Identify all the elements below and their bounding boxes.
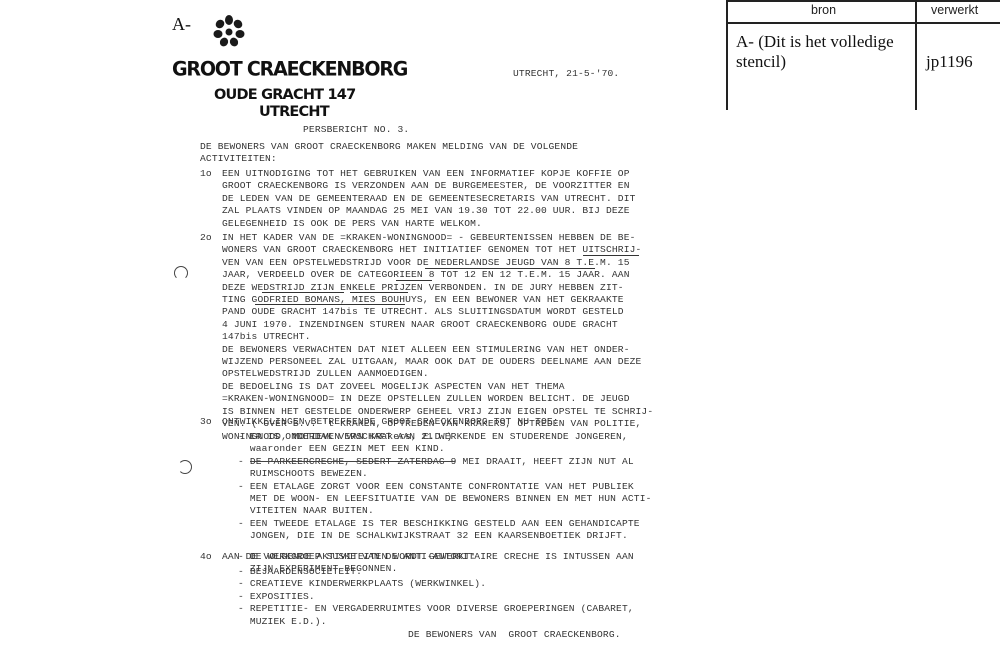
strikethrough-mark — [250, 461, 455, 462]
text-line: - REPETITIE- EN VERGADERRUIMTES VOOR DIV… — [238, 603, 634, 615]
text-line: EEN UITNODIGING TOT HET GEBRUIKEN VAN EE… — [222, 168, 636, 180]
text-line: - ER IS ONDERDAK VERSCHAFT AAN 21 WERKEN… — [238, 431, 652, 443]
punch-hole-mark — [178, 460, 192, 474]
text-line: MUZIEK E.D.). — [238, 616, 634, 628]
text-line: DE BEDOELING IS DAT ZOVEEL MOGELIJK ASPE… — [222, 381, 653, 393]
text-line: VITEITEN NAAR BUITEN. — [238, 505, 652, 517]
list-item: - DE PARKEERCRECHE, SEDERT ZATERDAG 9 ME… — [238, 456, 652, 481]
signature: DE BEWONERS VAN GROOT CRAECKENBORG. — [408, 629, 621, 641]
text-line: - EEN TWEEDE ETALAGE IS TER BESCHIKKING … — [238, 518, 652, 530]
text-line: waaronder EEN GEZIN MET EEN KIND. — [238, 443, 652, 455]
section-number: 3o — [200, 416, 212, 428]
archive-meta-table: bron verwerkt A- (Dit is het volledige s… — [726, 0, 1000, 110]
text-line: IN HET KADER VAN DE =KRAKEN-WONINGNOOD= … — [222, 232, 653, 244]
list-item: - BEJAARDENSOCIETEIT. — [238, 566, 634, 578]
intro-line: DE BEWONERS VAN GROOT CRAECKENBORG MAKEN… — [200, 141, 578, 153]
list-item: - EXPOSITIES. — [238, 591, 634, 603]
text-line: OPSTELWEDSTRIJD ZULLEN AANMOEDIGEN. — [222, 368, 653, 380]
bron-line: A- (Dit is het volledige — [736, 32, 894, 52]
press-release-heading: PERSBERICHT NO. 3. — [303, 124, 409, 136]
text-line: 4 JUNI 1970. INZENDINGEN STUREN NAAR GRO… — [222, 319, 653, 331]
intro-paragraph: DE BEWONERS VAN GROOT CRAECKENBORG MAKEN… — [200, 141, 578, 166]
text-line: RUIMSCHOOTS BEWEZEN. — [238, 468, 652, 480]
column-header-bron: bron — [811, 3, 836, 17]
section-title: ONTWIKKELINGEN BETREFFENDE GROOT CRAECKE… — [222, 416, 559, 428]
text-line: WIJZEND PERSONEEL ZAL UITGAAN, MAAR OOK … — [222, 356, 653, 368]
underline-mark — [350, 292, 408, 293]
page-label: A- — [172, 14, 191, 35]
list-item: - CREATIEVE KINDERWERKPLAATS (WERKWINKEL… — [238, 578, 634, 590]
text-line: JONGEN, DIE IN DE SCHALKWIJKSTRAAT 32 EE… — [238, 530, 652, 542]
text-line: GELEGENHEID IS OOK DE PERS VAN HARTE WEL… — [222, 218, 636, 230]
text-line: DE BEWONERS VERWACHTEN DAT NIET ALLEEN E… — [222, 344, 653, 356]
text-line: ZAL PLAATS VINDEN OP MAANDAG 25 MEI VAN … — [222, 205, 636, 217]
underline-mark — [255, 304, 405, 305]
bron-line: stencil) — [736, 52, 894, 72]
verwerkt-cell: jp1196 — [926, 52, 973, 72]
text-line: GROOT CRAECKENBORG IS VERZONDEN AAN DE B… — [222, 180, 636, 192]
column-header-verwerkt: verwerkt — [931, 3, 978, 17]
punch-hole-mark — [174, 266, 188, 280]
section-number: 1o — [200, 168, 212, 180]
text-line: =KRAKEN-WONINGNOOD= IN DEZE OPSTELLEN ZU… — [222, 393, 653, 405]
dateline: UTRECHT, 21-5-'70. — [513, 68, 619, 80]
list-item: - EEN ETALAGE ZORGT VOOR EEN CONSTANTE C… — [238, 481, 652, 518]
list-item: - EEN TWEEDE ETALAGE IS TER BESCHIKKING … — [238, 518, 652, 543]
section-4-list: - BEJAARDENSOCIETEIT. - CREATIEVE KINDER… — [238, 566, 634, 628]
list-item: - ER IS ONDERDAK VERSCHAFT AAN 21 WERKEN… — [238, 431, 652, 456]
letterhead-city: UTRECHT — [259, 104, 329, 120]
section-number: 4o — [200, 551, 212, 563]
underline-mark — [583, 255, 639, 256]
list-item: - REPETITIE- EN VERGADERRUIMTES VOOR DIV… — [238, 603, 634, 628]
text-line: 147bis UTRECHT. — [222, 331, 653, 343]
letterhead-address: OUDE GRACHT 147 — [214, 87, 355, 103]
text-line: - DE PARKEERCRECHE, SEDERT ZATERDAG 9 ME… — [238, 456, 652, 468]
section-number: 2o — [200, 232, 212, 244]
letterhead-title: GROOT CRAECKENBORG — [172, 57, 407, 80]
text-line: MET DE WOON- EN LEEFSITUATIE VAN DE BEWO… — [238, 493, 652, 505]
underline-mark — [262, 292, 344, 293]
section-2-body: IN HET KADER VAN DE =KRAKEN-WONINGNOOD= … — [222, 232, 653, 443]
underline-mark — [396, 280, 432, 281]
text-line: DE LEDEN VAN DE GEMEENTERAAD EN DE GEMEE… — [222, 193, 636, 205]
text-line: PAND OUDE GRACHT 147bis TE UTRECHT. ALS … — [222, 306, 653, 318]
section-1-body: EEN UITNODIGING TOT HET GEBRUIKEN VAN EE… — [222, 168, 636, 230]
flower-icon — [212, 14, 246, 48]
text-line: - EEN ETALAGE ZORGT VOOR EEN CONSTANTE C… — [238, 481, 652, 493]
text-line: JAAR, VERDEELD OVER DE CATEGORIEEN 8 TOT… — [222, 269, 653, 281]
bron-cell: A- (Dit is het volledige stencil) — [736, 32, 894, 72]
underline-mark — [425, 268, 595, 269]
intro-line: ACTIVITEITEN: — [200, 153, 578, 165]
section-title: AAN DE VOLGENDE AKTIVITEITEN WORDT GEWER… — [222, 551, 476, 563]
